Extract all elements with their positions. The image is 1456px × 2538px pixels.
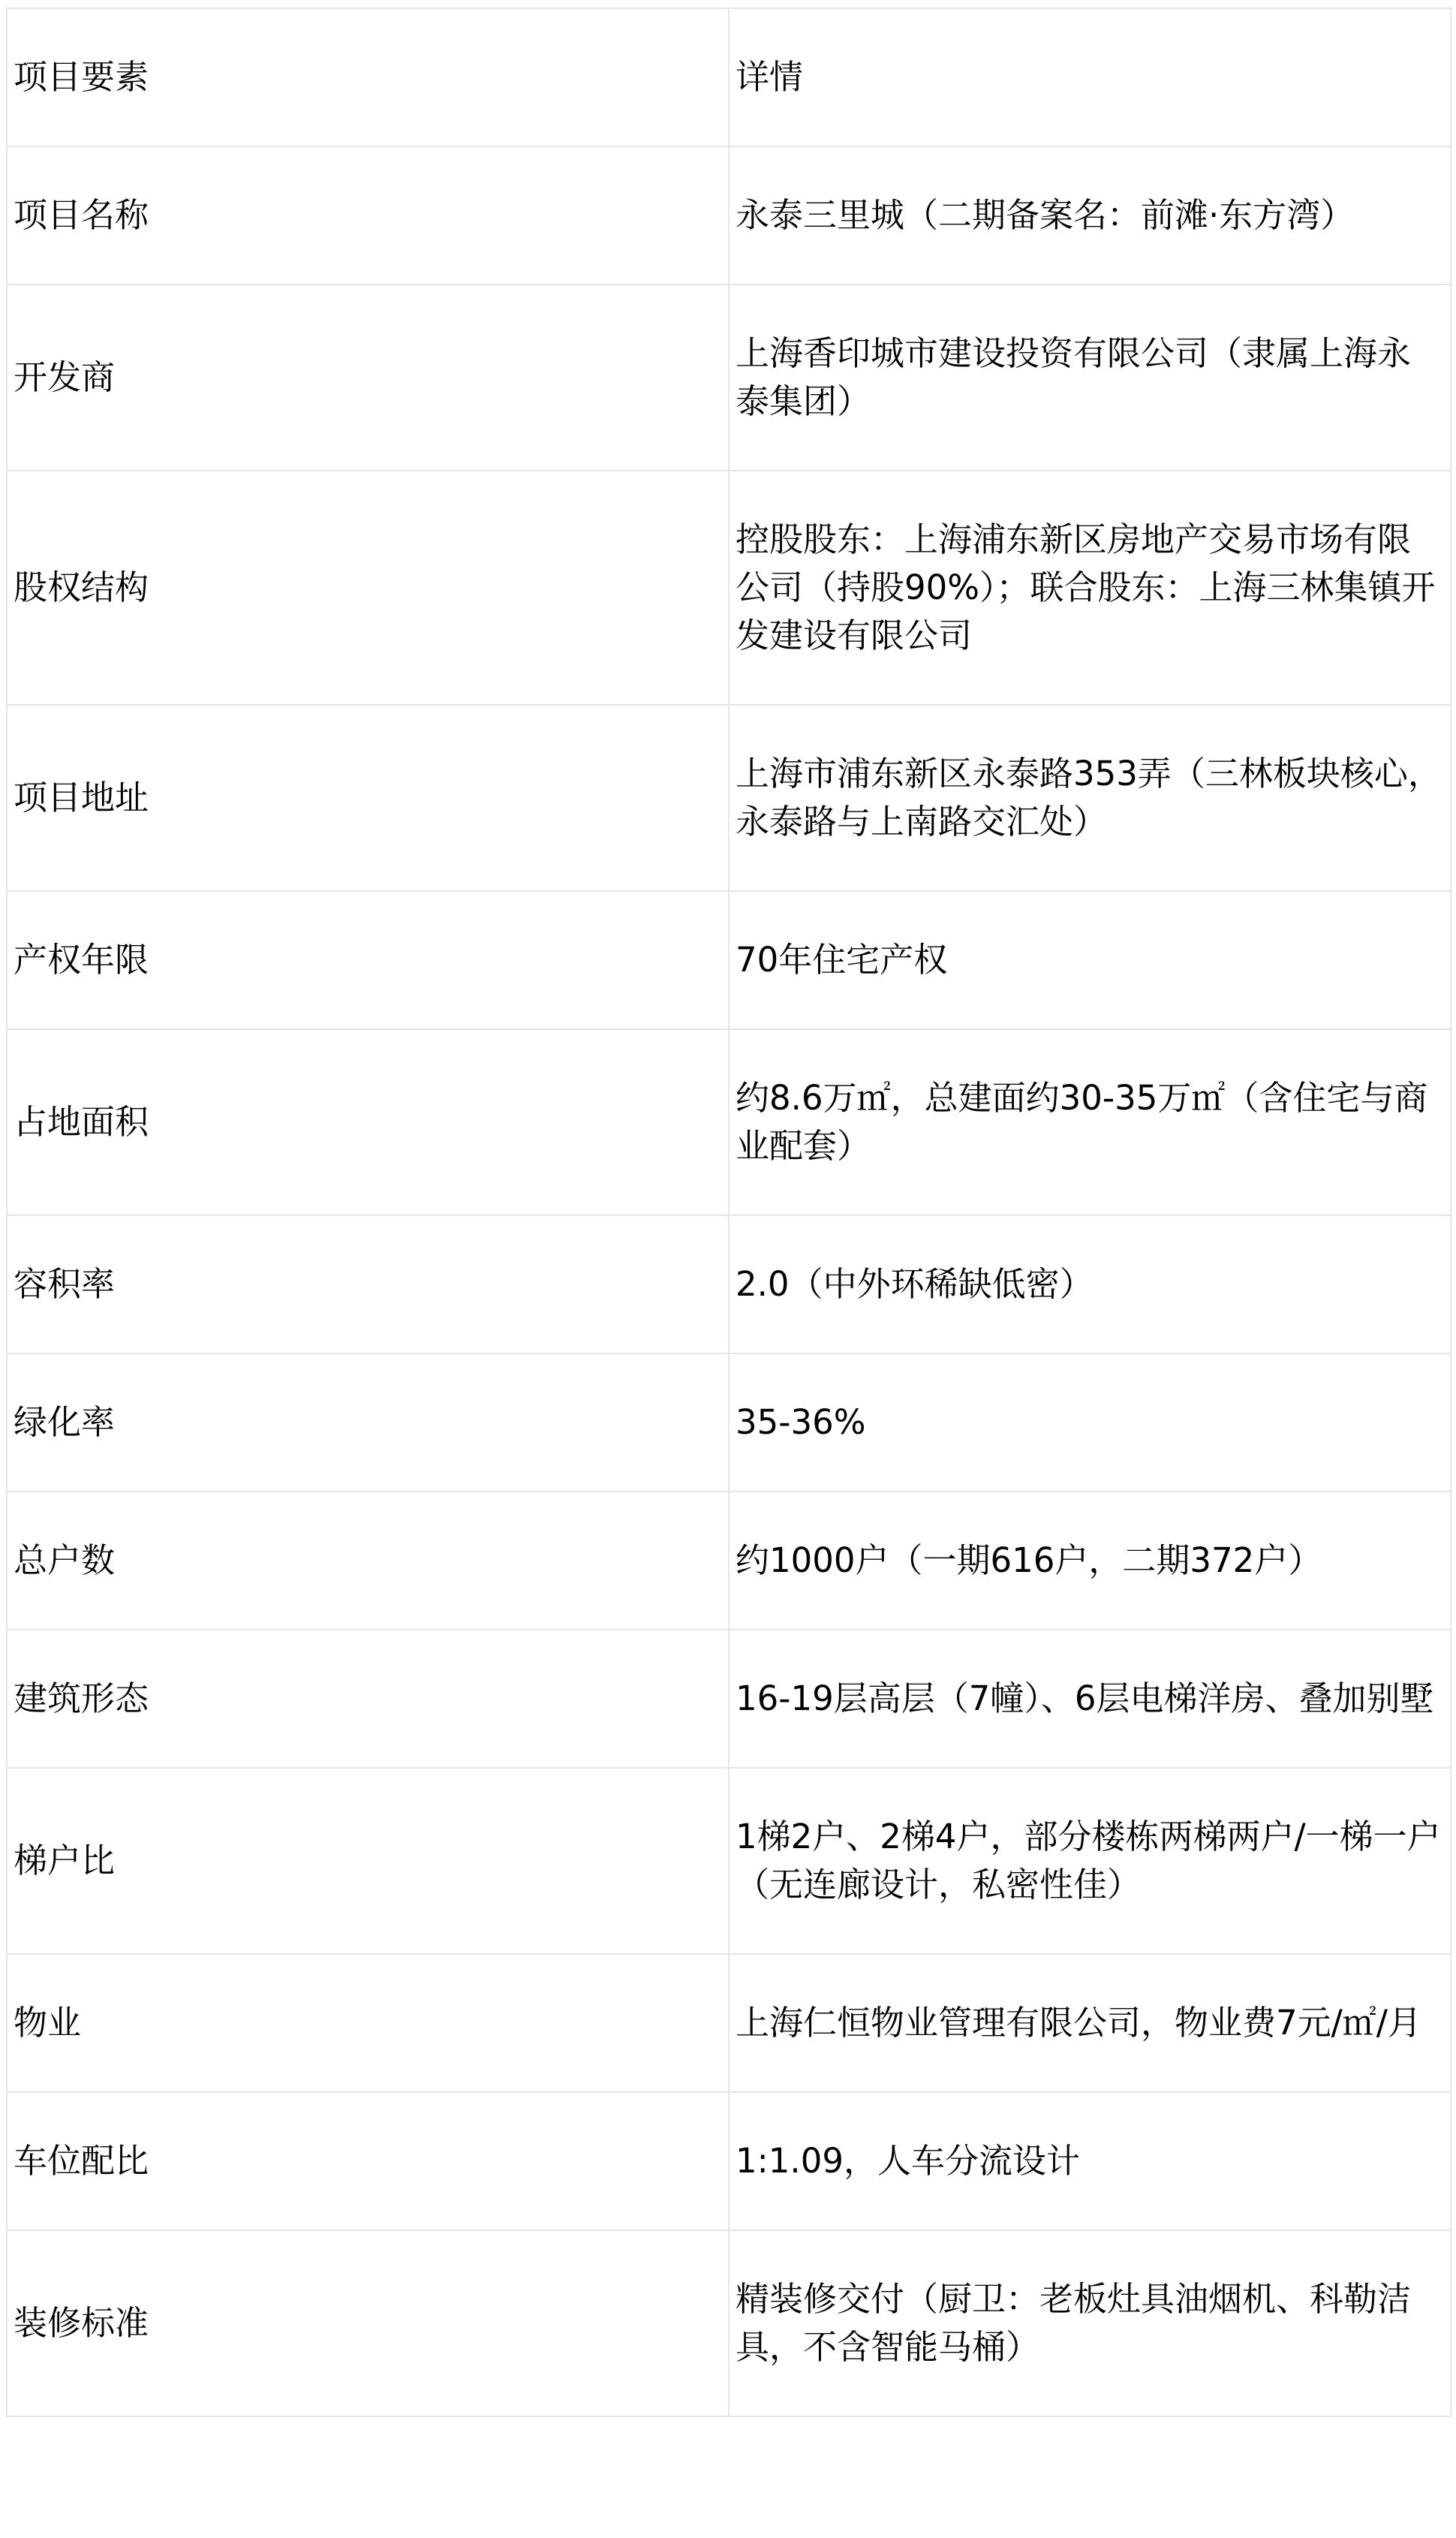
row-key-building-type: 建筑形态	[7, 1630, 729, 1768]
row-key-parking-ratio: 车位配比	[7, 2092, 729, 2230]
row-key-developer: 开发商	[7, 285, 729, 471]
row-key-land-area: 占地面积	[7, 1029, 729, 1215]
row-key-property-management: 物业	[7, 1954, 729, 2092]
row-value-land-area: 约8.6万㎡，总建面约30-35万㎡（含住宅与商业配套）	[729, 1029, 1451, 1215]
table-row: 车位配比 1:1.09，人车分流设计	[7, 2092, 1451, 2230]
project-info-table: 项目要素 详情 项目名称 永泰三里城（二期备案名：前滩·东方湾） 开发商 上海香…	[6, 8, 1451, 2417]
row-key-total-households: 总户数	[7, 1492, 729, 1630]
table-row: 股权结构 控股股东：上海浦东新区房地产交易市场有限公司（持股90%）；联合股东：…	[7, 471, 1451, 705]
row-key-project-name: 项目名称	[7, 146, 729, 285]
row-key-elevator-ratio: 梯户比	[7, 1768, 729, 1954]
row-key-property-term: 产权年限	[7, 891, 729, 1029]
row-value-decoration-standard: 精装修交付（厨卫：老板灶具油烟机、科勒洁具，不含智能马桶）	[729, 2230, 1451, 2416]
table-row: 开发商 上海香印城市建设投资有限公司（隶属上海永泰集团）	[7, 285, 1451, 471]
table-header-row: 项目要素 详情	[7, 8, 1451, 146]
row-key-green-ratio: 绿化率	[7, 1353, 729, 1492]
row-value-green-ratio: 35-36%	[729, 1353, 1451, 1492]
row-value-building-type: 16-19层高层（7幢）、6层电梯洋房、叠加别墅	[729, 1630, 1451, 1768]
row-value-total-households: 约1000户（一期616户，二期372户）	[729, 1492, 1451, 1630]
header-key-cell: 项目要素	[7, 8, 729, 146]
table-row: 项目地址 上海市浦东新区永泰路353弄（三林板块核心，永泰路与上南路交汇处）	[7, 705, 1451, 891]
row-key-equity-structure: 股权结构	[7, 471, 729, 705]
row-key-decoration-standard: 装修标准	[7, 2230, 729, 2416]
row-value-property-management: 上海仁恒物业管理有限公司，物业费7元/㎡/月	[729, 1954, 1451, 2092]
row-key-plot-ratio: 容积率	[7, 1215, 729, 1353]
row-value-plot-ratio: 2.0（中外环稀缺低密）	[729, 1215, 1451, 1353]
row-value-developer: 上海香印城市建设投资有限公司（隶属上海永泰集团）	[729, 285, 1451, 471]
row-value-parking-ratio: 1:1.09，人车分流设计	[729, 2092, 1451, 2230]
table-row: 梯户比 1梯2户、2梯4户，部分楼栋两梯两户/一梯一户（无连廊设计，私密性佳）	[7, 1768, 1451, 1954]
table-row: 装修标准 精装修交付（厨卫：老板灶具油烟机、科勒洁具，不含智能马桶）	[7, 2230, 1451, 2416]
table-row: 占地面积 约8.6万㎡，总建面约30-35万㎡（含住宅与商业配套）	[7, 1029, 1451, 1215]
table-row: 产权年限 70年住宅产权	[7, 891, 1451, 1029]
table-row: 总户数 约1000户（一期616户，二期372户）	[7, 1492, 1451, 1630]
row-value-equity-structure: 控股股东：上海浦东新区房地产交易市场有限公司（持股90%）；联合股东：上海三林集…	[729, 471, 1451, 705]
project-info-table-container: 项目要素 详情 项目名称 永泰三里城（二期备案名：前滩·东方湾） 开发商 上海香…	[6, 8, 1448, 2417]
row-value-project-name: 永泰三里城（二期备案名：前滩·东方湾）	[729, 146, 1451, 285]
table-row: 物业 上海仁恒物业管理有限公司，物业费7元/㎡/月	[7, 1954, 1451, 2092]
row-value-property-term: 70年住宅产权	[729, 891, 1451, 1029]
table-row: 项目名称 永泰三里城（二期备案名：前滩·东方湾）	[7, 146, 1451, 285]
table-row: 绿化率 35-36%	[7, 1353, 1451, 1492]
row-key-address: 项目地址	[7, 705, 729, 891]
header-value-cell: 详情	[729, 8, 1451, 146]
table-row: 建筑形态 16-19层高层（7幢）、6层电梯洋房、叠加别墅	[7, 1630, 1451, 1768]
table-row: 容积率 2.0（中外环稀缺低密）	[7, 1215, 1451, 1353]
row-value-address: 上海市浦东新区永泰路353弄（三林板块核心，永泰路与上南路交汇处）	[729, 705, 1451, 891]
row-value-elevator-ratio: 1梯2户、2梯4户，部分楼栋两梯两户/一梯一户（无连廊设计，私密性佳）	[729, 1768, 1451, 1954]
